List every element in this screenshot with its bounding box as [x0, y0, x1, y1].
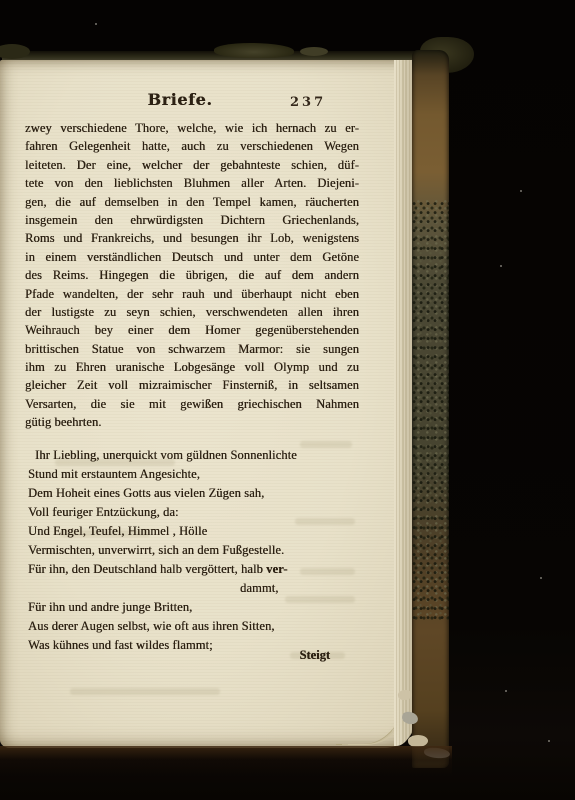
page-number: 237	[290, 95, 326, 110]
text-line: Versarten, die sie mit gewißen griechisc…	[25, 397, 359, 415]
moss-stain	[300, 47, 328, 56]
text-line: brittischen Statue von schwarzem Marmor:…	[25, 342, 359, 360]
text-line: Weihrauch bey einer dem Homer gegenübers…	[25, 323, 359, 341]
text-line: Pfade wandelten, der sehr rauh und überh…	[25, 287, 359, 305]
text-line: der lustigste zu seyn schien, verschwend…	[25, 305, 359, 323]
poem-line: Stund mit erstauntem Angesichte,	[28, 467, 372, 486]
poem-line: dammt,	[28, 581, 372, 600]
dust-speck	[500, 265, 502, 267]
text-line: Roms und Frankreichs, und besungen ihr L…	[25, 231, 359, 249]
text-line: gütig beehrten.	[25, 415, 359, 433]
book-bottom-shadow	[0, 746, 452, 776]
catchword: Steigt	[0, 648, 330, 663]
poem-line: Für ihn, den Deutschland halb vergöttert…	[28, 562, 372, 581]
dust-speck	[540, 577, 542, 579]
photo-background: Briefe. 237 zwey verschiedene Thore, wel…	[0, 0, 575, 800]
paragraph: zwey verschiedene Thore, welche, wie ich…	[25, 121, 359, 434]
ink-bleed-ghost	[300, 441, 352, 448]
text-line: des Reims. Hingegen die übrigen, die auf…	[25, 268, 359, 286]
ink-bleed-ghost	[70, 688, 220, 695]
fore-edge-pages	[394, 60, 414, 746]
text-line: in einem verständlichen Deutsch und unte…	[25, 250, 359, 268]
moss-stain	[214, 43, 294, 58]
poem-line: Dem Hoheit eines Gotts aus vielen Zügen …	[28, 486, 372, 505]
text-line: zwey verschiedene Thore, welche, wie ich…	[25, 121, 359, 139]
poem-line: Aus derer Augen selbst, wie oft aus ihre…	[28, 619, 372, 638]
dust-speck	[95, 23, 97, 25]
text-line: tete von den lieblichsten Bluhmen aller …	[25, 176, 359, 194]
dust-speck	[548, 740, 550, 742]
poem-line: Für ihn und andre junge Britten,	[28, 600, 372, 619]
poem-line: Vermischten, unverwirrt, sich an dem Fuß…	[28, 543, 372, 562]
poem-line: Voll feuriger Entzückung, da:	[28, 505, 372, 524]
text-line: gleicher Zeit voll mizraimischer Finster…	[25, 378, 359, 396]
dust-speck	[520, 190, 522, 192]
dust-speck	[168, 135, 170, 137]
text-line: leiteten. Der eine, welcher der gebahnte…	[25, 158, 359, 176]
text-line: ihm zu Ehren uranische Lobgesänge voll O…	[25, 360, 359, 378]
poem-line: Ihr Liebling, unerquickt vom güldnen Son…	[28, 448, 372, 467]
text-line: gen, die auf demselben in den Tempel kam…	[25, 195, 359, 213]
text-line: fahren Gelegenheit hatte, auch zu versch…	[25, 139, 359, 157]
book-page: Briefe. 237 zwey verschiedene Thore, wel…	[0, 60, 414, 748]
poem: Ihr Liebling, unerquickt vom güldnen Son…	[28, 448, 372, 657]
dust-speck	[505, 690, 507, 692]
book-cover-edge	[412, 50, 449, 768]
poem-line: Und Engel, Teufel, Himmel , Hölle	[28, 524, 372, 543]
marbled-cover-texture	[412, 200, 449, 620]
text-line: insgemein den ehrwürdigsten Dichtern Gri…	[25, 213, 359, 231]
